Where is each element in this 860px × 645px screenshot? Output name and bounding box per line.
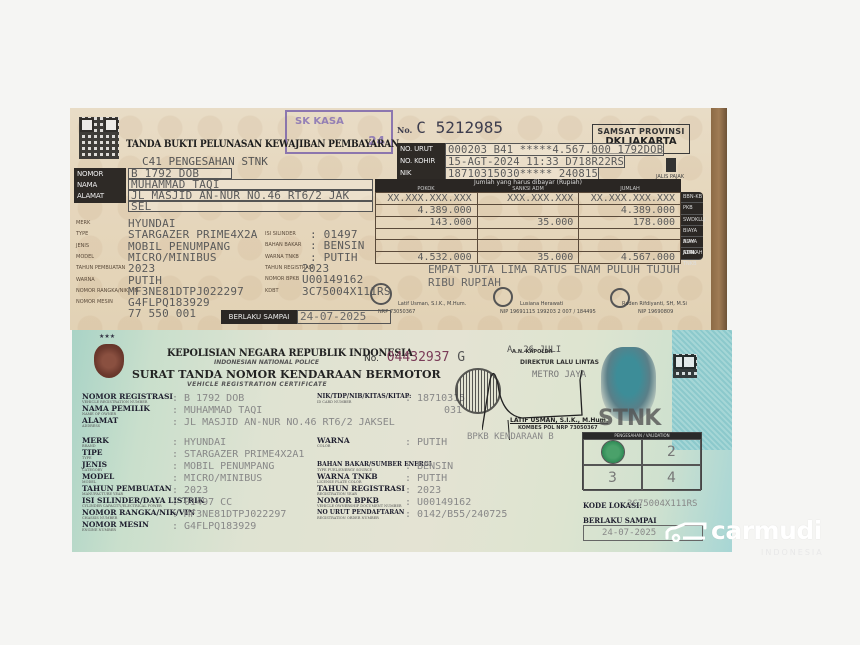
stnk-field-value: : PUTIH <box>405 473 447 484</box>
stnk-field-value: : MOBIL PENUMPANG <box>172 461 274 472</box>
sign-position: DIREKTUR LALU LINTAS <box>520 359 599 366</box>
sign-name: LATIF USMAN, S.I.K., M.Hum. <box>510 417 608 424</box>
payment-row-tag: JUMLAH <box>681 248 703 259</box>
stnk-field-label: NOMOR MESINENGINE NUMBER <box>82 521 149 532</box>
signatory-1-name: Latif Usman, S.I.K., M.Hum. <box>398 301 466 307</box>
payment-header: Jumlah yang harus dibayar (Rupiah) <box>375 179 681 186</box>
stnk-field-value: : B 1792 DOB <box>172 393 244 404</box>
payment-cell <box>579 240 681 251</box>
stnk-number-value: 04432937 <box>387 350 450 365</box>
signatory-2-name: Lusiana Herawati <box>520 301 563 307</box>
green-validation-stamp-icon <box>601 440 625 464</box>
stnk-field-value: : U00149162 <box>405 497 471 508</box>
stnk-field-label-en: ADDRESS <box>82 424 118 428</box>
hologram-label: STNK <box>598 406 660 431</box>
stnk-field-value: : 01497 CC <box>172 497 232 508</box>
vehicle-label: NOMOR MESIN <box>76 299 113 305</box>
stnk-field-label-en: COLOR <box>317 444 350 448</box>
payment-row-tag: BIAYA ADM STNK <box>681 226 703 237</box>
stnk-field-label: MODELMODEL <box>82 473 114 484</box>
validation-cell-1 <box>583 439 642 465</box>
stnk-field-value: : MF3NE81DTPJ022297 <box>172 509 286 520</box>
qr-code-icon <box>79 117 119 159</box>
police-emblem-icon <box>94 344 124 378</box>
stnk-no-label: No. <box>364 354 379 364</box>
vehicle-registration-certificate: KEPOLISIAN NEGARA REPUBLIK INDONESIA IND… <box>72 330 732 552</box>
police-seal-icon <box>370 283 392 305</box>
dki-seal-icon <box>493 287 513 307</box>
payment-cell: 4.389.000 <box>579 205 681 217</box>
signatory-2-id: NIP 19691115 199203 2 007 / 184495 <box>500 309 596 315</box>
stnk-field-label: NO URUT PENDAFTARANREGISTRATION ORDER NU… <box>317 509 404 520</box>
payment-cell: 35.000 <box>477 251 579 263</box>
table-row: 4.532.00035.0004.567.000 <box>376 251 681 263</box>
payment-row-tag: PKB <box>681 203 703 214</box>
stnk-field-label-en: ID CARD NUMBER <box>317 400 411 404</box>
stnk-number: No. 04432937 G <box>364 350 465 365</box>
owner-label: ALAMAT <box>74 190 126 203</box>
table-row: 143.00035.000178.000 <box>376 217 681 229</box>
stnk-field-value: : 0142/B55/240725 <box>405 509 507 520</box>
receipt-serial: No.C 5212985 <box>397 118 503 137</box>
stnk-field-label: NOMOR BPKBVEHICLE OWNERSHIP DOCUMENT NUM… <box>317 497 402 508</box>
vehicle-label: BAHAN BAKAR <box>265 242 301 248</box>
payment-cell <box>579 229 681 240</box>
tax-payment-receipt: SK KASA 24 TANDA BUKTI PELUNASAN KEWAJIB… <box>70 108 727 330</box>
stnk-field-value: 031 <box>444 405 462 416</box>
stnk-field-label: WARNA TNKBLICENSE PLATE COLOR <box>317 473 378 484</box>
stnk-field-label: TIPETYPE <box>82 449 102 460</box>
table-row <box>376 240 681 251</box>
amount-words-line2: RIBU RUPIAH <box>428 276 680 289</box>
vehicle-label: NOMOR BPKB <box>265 276 299 282</box>
valid-until-label: BERLAKU SAMPAI <box>221 310 297 324</box>
stnk-valid-until-label: BERLAKU SAMPAI <box>583 516 657 525</box>
vehicle-value: 77 550 001 <box>128 307 196 320</box>
location-code-value: 3C75004X111RS <box>627 499 697 509</box>
signatory-3-id: NIP 19690809 <box>638 309 673 315</box>
stnk-field-label: TAHUN REGISTRASIREGISTRATION YEAR <box>317 485 405 496</box>
payment-row-tag: BBN-KB <box>681 192 703 203</box>
vehicle-label: JENIS <box>76 243 89 249</box>
amount-in-words: EMPAT JUTA LIMA RATUS ENAM PULUH TUJUH R… <box>428 263 680 289</box>
serial-number: C 5212985 <box>416 118 503 137</box>
qr-code-icon <box>673 354 697 378</box>
payment-cell: 4.567.000 <box>579 251 681 263</box>
signatory-3-name: Raden Rifdiyanti, SH, M.Si <box>622 301 687 307</box>
stnk-field-value: : 2023 <box>405 485 441 496</box>
payment-cell: XXX.XXX.XXX <box>477 193 579 205</box>
stnk-field-value: : MUHAMMAD TAQI <box>172 405 262 416</box>
stnk-header-en: INDONESIAN NATIONAL POLICE <box>214 359 319 366</box>
stnk-field-value: : PUTIH <box>405 437 447 448</box>
stnk-field-label: MERKBRAND <box>82 437 109 448</box>
stnk-title-en: VEHICLE REGISTRATION CERTIFICATE <box>187 381 327 388</box>
payment-cell: 35.000 <box>477 217 579 229</box>
stnk-field-value: : HYUNDAI <box>172 437 226 448</box>
stnk-field-label-en: ENGINE NUMBER <box>82 528 149 532</box>
stnk-field-label-en: VEHICLE OWNERSHIP DOCUMENT NUMBER <box>317 504 402 508</box>
stnk-field-label-en: REGISTRATION ORDER NUMBER <box>317 516 404 520</box>
stnk-number-suffix: G <box>457 350 465 365</box>
payment-cell <box>477 205 579 217</box>
stnk-field-value: : STARGAZER PRIME4X2A1 <box>172 449 304 460</box>
stnk-field-value: : BENSIN <box>405 461 453 472</box>
stnk-title: SURAT TANDA NOMOR KENDARAAN BERMOTOR <box>132 367 441 381</box>
payment-cell <box>477 240 579 251</box>
stnk-field-label: NOMOR REGISTRASIVEHICLE REGISTRATION NUM… <box>82 393 173 404</box>
stnk-field-label: ALAMATADDRESS <box>82 417 118 428</box>
document-scan: SK KASA 24 TANDA BUKTI PELUNASAN KEWAJIB… <box>0 0 860 645</box>
watermark-country: INDONESIA <box>761 548 824 557</box>
payment-cell <box>376 229 478 240</box>
vehicle-label: ISI SILINDER <box>265 231 296 237</box>
payment-table: XX.XXX.XXX.XXXXXX.XXX.XXXXX.XXX.XXX.XXX4… <box>375 192 681 264</box>
owner-value: JL MASJID AN-NUR NO.46 RT6/2 JAK <box>128 190 373 201</box>
table-row: XX.XXX.XXX.XXXXXX.XXX.XXXXX.XXX.XXX.XXX <box>376 193 681 205</box>
vehicle-label: WARNA TNKB <box>265 254 299 260</box>
car-logo-icon <box>665 522 709 542</box>
payment-cell: 4.389.000 <box>376 205 478 217</box>
payment-row-tags: BBN-KBPKBSWDKLLJBIAYA ADM STNKBIAYA ADM … <box>681 192 703 260</box>
payment-cell: 4.532.000 <box>376 251 478 263</box>
sign-region: METRO JAYA <box>532 370 586 380</box>
owner-value: SEL <box>128 201 373 212</box>
stnk-field-value: : G4FLPQ183929 <box>172 521 256 532</box>
bpkb-note: BPKB KENDARAAN B <box>467 432 554 442</box>
payment-cell: 143.000 <box>376 217 478 229</box>
payment-cell <box>376 240 478 251</box>
stnk-field-value: : JL MASJID AN-NUR NO.46 RT6/2 JAKSEL <box>172 417 395 428</box>
table-row <box>376 229 681 240</box>
payment-cell: XX.XXX.XXX.XXX <box>579 193 681 205</box>
samsat-emblem-icon <box>666 158 676 172</box>
stnk-field-label: WARNACOLOR <box>317 437 350 448</box>
amount-words-line1: EMPAT JUTA LIMA RATUS ENAM PULUH TUJUH <box>428 263 680 276</box>
vehicle-label: MODEL <box>76 254 94 260</box>
receipt-title: TANDA BUKTI PELUNASAN KEWAJIBAN PEMBAYAR… <box>126 138 399 150</box>
stnk-field-label: JENISCATEGORY <box>82 461 107 472</box>
valid-until-value: 24-07-2025 <box>297 310 391 324</box>
stamp-text: SK KASA <box>295 116 344 127</box>
payment-row-tag: BIAYA ADM TNKB <box>681 237 703 248</box>
payment-cell <box>477 229 579 240</box>
validation-cell-3: 3 <box>583 465 642 491</box>
validation-grid: PENGESAHAN / VALIDATION 2 3 4 <box>582 432 702 490</box>
payment-row-tag: SWDKLLJ <box>681 215 703 226</box>
table-row: 4.389.0004.389.000 <box>376 205 681 217</box>
vehicle-label: MERK <box>76 220 90 226</box>
serial-prefix: No. <box>397 125 412 135</box>
torn-edge <box>711 108 727 330</box>
stnk-field-value: : MICRO/MINIBUS <box>172 473 262 484</box>
sign-nrp: KOMBES POL NRP 73050367 <box>518 425 598 431</box>
vehicle-label: TAHUN PEMBUATAN <box>76 265 125 271</box>
vehicle-label: WARNA <box>76 277 95 283</box>
stnk-field-label: NIK/TDP/NIB/KITAS/KITAP:ID CARD NUMBER <box>317 393 411 404</box>
samsat-line1: SAMSAT PROVINSI <box>593 127 689 136</box>
validation-cell-4: 4 <box>642 465 701 491</box>
validation-cell-2: 2 <box>642 439 701 465</box>
stnk-field-value: : 2023 <box>172 485 208 496</box>
stnk-field-label: TAHUN PEMBUATANMANUFACTURE YEAR <box>82 485 172 496</box>
watermark-brand: carmudi <box>711 516 822 545</box>
sign-unit: A.N. KAPOLDA <box>512 349 553 355</box>
payment-cell: 178.000 <box>579 217 681 229</box>
stnk-field-label: NAMA PEMILIKNAME OF OWNER <box>82 405 150 416</box>
payment-cell: XX.XXX.XXX.XXX <box>376 193 478 205</box>
vehicle-label: KDBT <box>265 288 279 294</box>
vehicle-label: TYPE <box>76 231 88 237</box>
